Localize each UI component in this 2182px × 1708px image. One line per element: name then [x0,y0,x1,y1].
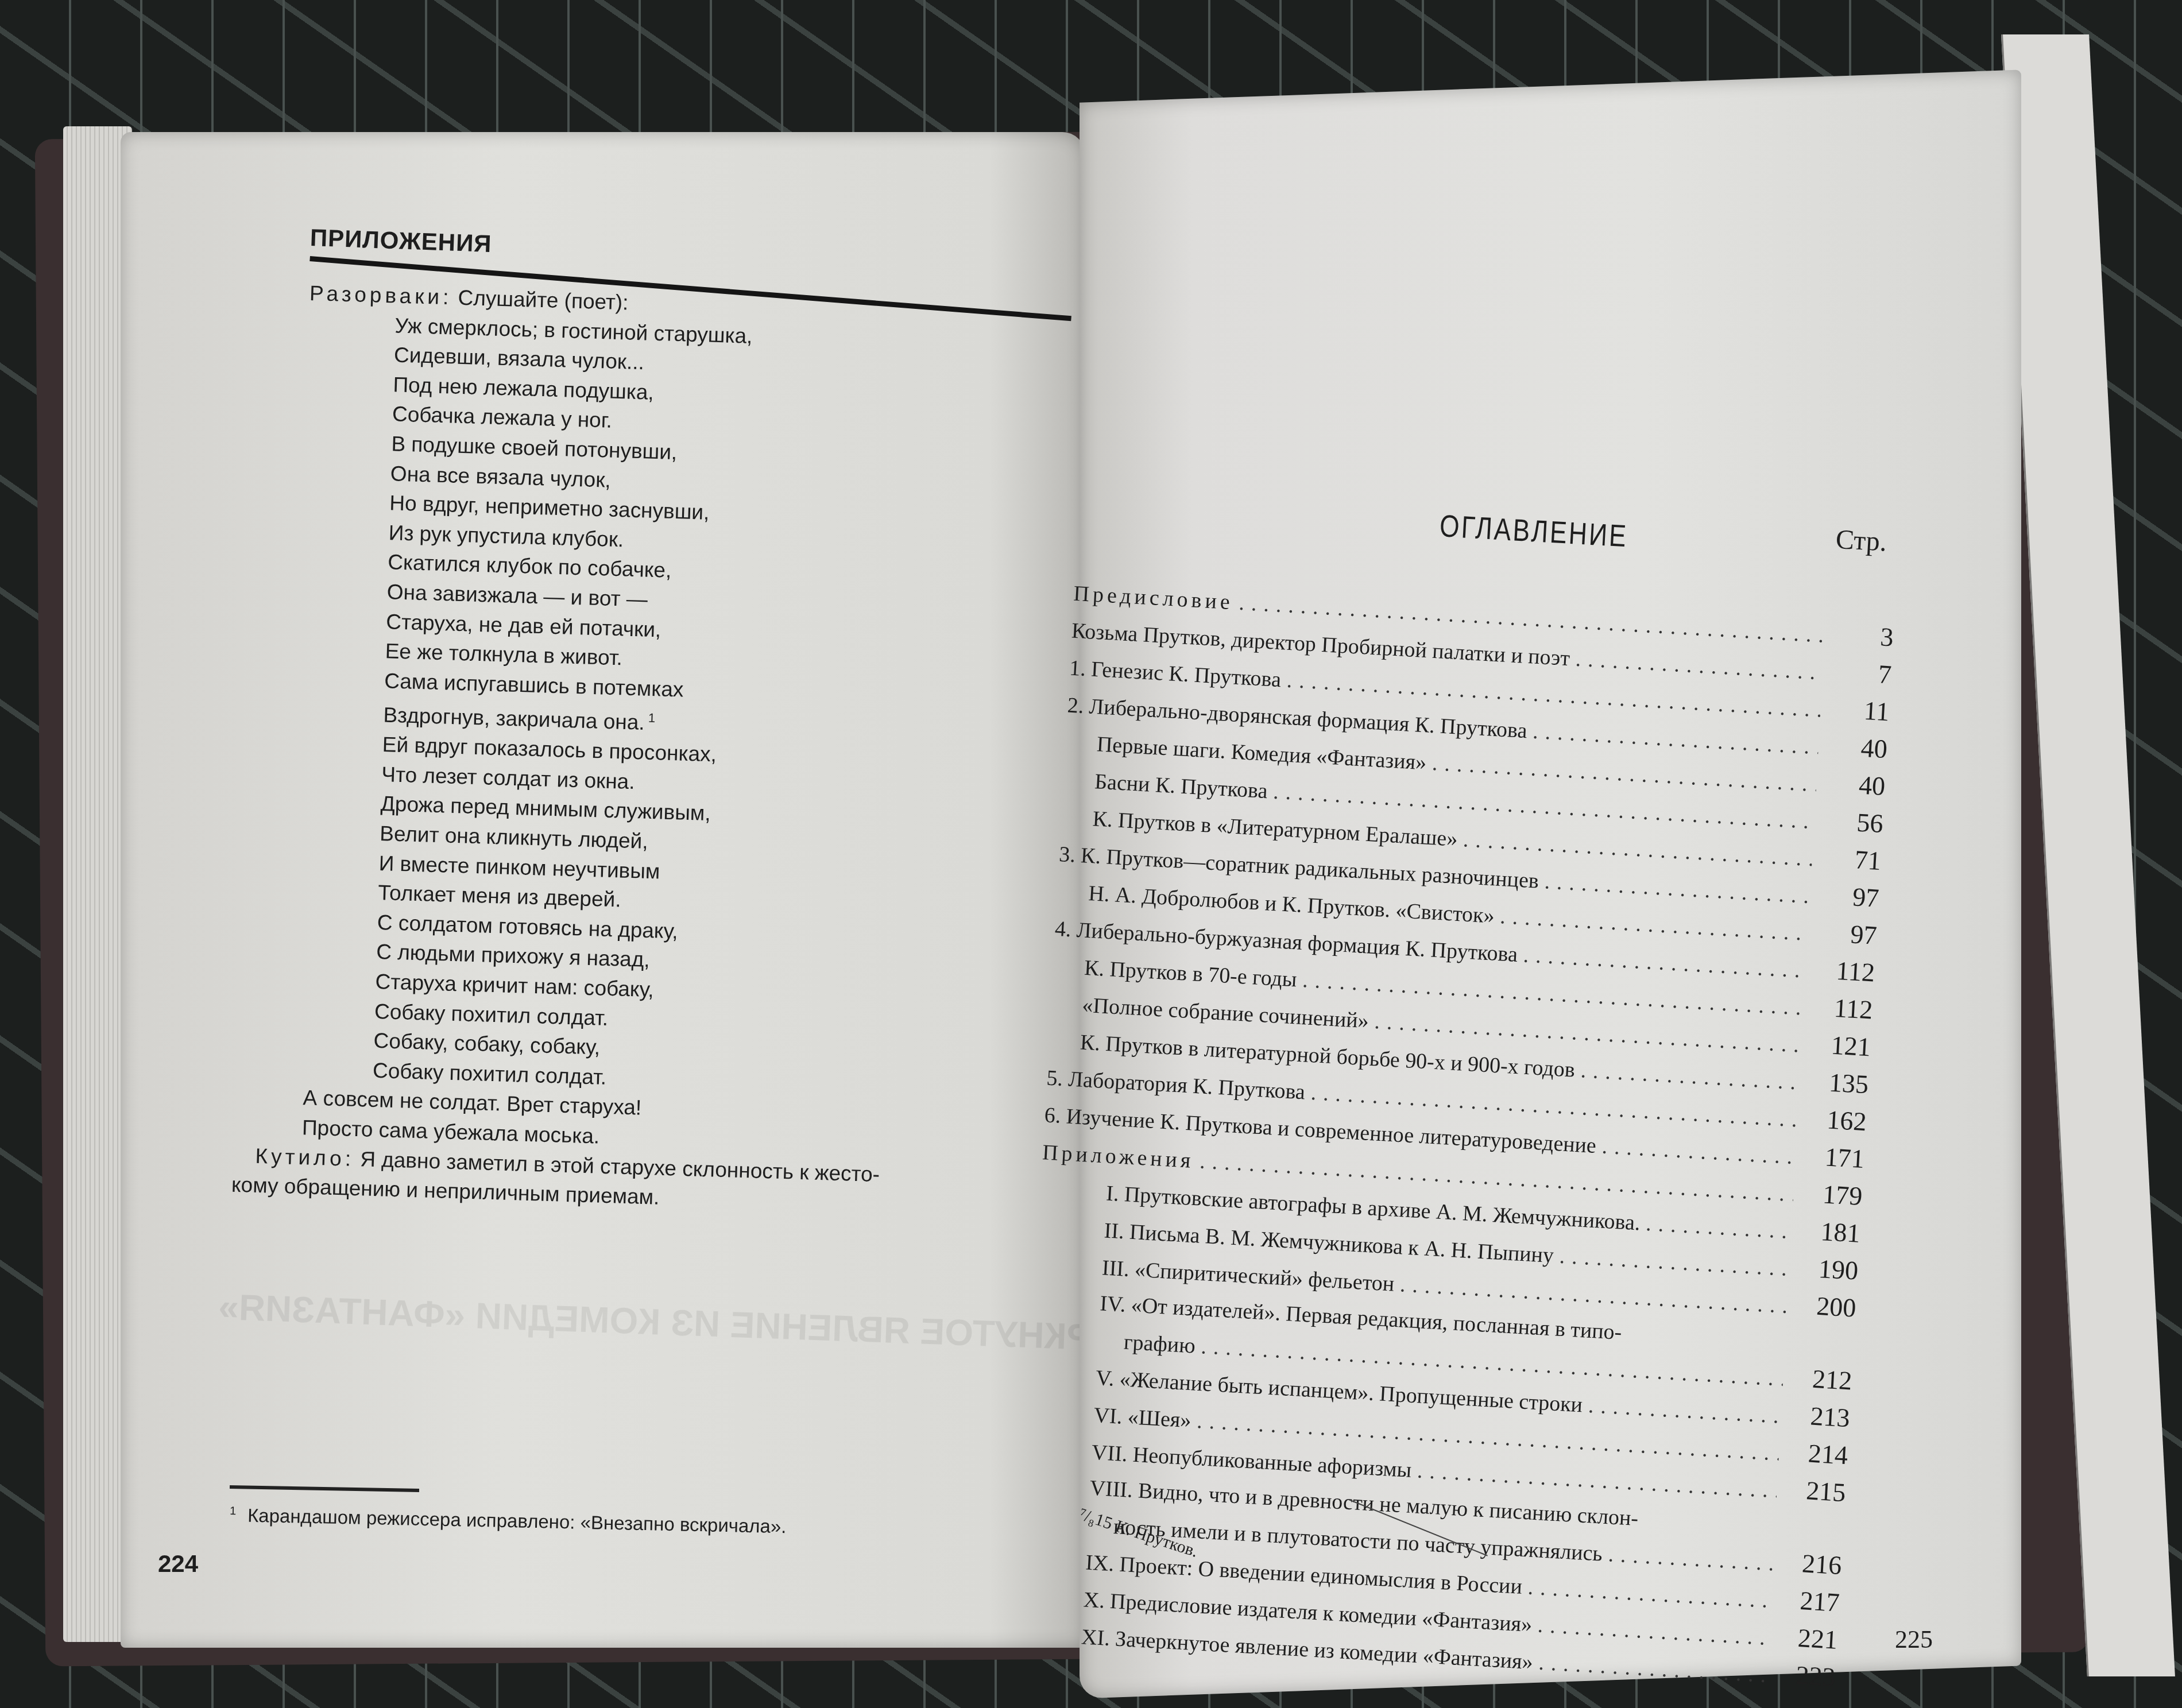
toc-pages-header: Стр. [1835,524,1888,558]
toc-entry-page: 190 [1794,1250,1859,1289]
dot-leader [1643,1526,1774,1533]
toc-entry-page: 40 [1823,728,1888,767]
toc-entry-page: 181 [1796,1213,1861,1252]
toc-entry-page: 135 [1805,1063,1870,1102]
toc-entry-page: 97 [1813,915,1878,954]
toc-entry-page: 40 [1821,765,1886,804]
verse-block: Разорваки: Слушайте (поет): Уж смерклось… [283,278,1085,1224]
speaker-name: Разорваки: [309,281,452,309]
speaker2-name: Кутило: [255,1144,355,1170]
toc-entry-page: 179 [1798,1175,1863,1214]
toc-entry-page: 3 [1829,616,1894,655]
toc-entry-page: 11 [1825,691,1890,730]
toc-entry-page: 217 [1775,1582,1840,1621]
page-number-left: 224 [158,1550,198,1578]
toc-entry-page: 112 [1809,989,1874,1028]
toc-entry-page: 162 [1802,1101,1867,1140]
toc-entry-page [1790,1349,1854,1352]
toc-entry-page: 215 [1782,1471,1847,1511]
toc-entry-page: 200 [1792,1287,1857,1326]
speaker-direction: Слушайте (поет): [458,286,629,315]
toc-entry-page: 171 [1800,1138,1865,1177]
toc-entry-page: 216 [1778,1544,1843,1583]
toc-entry-page: 71 [1817,840,1882,879]
left-page-content: ПРИЛОЖЕНИЯ Разорваки: Слушайте (поет): У… [310,224,1085,1202]
toc-entry-page: 97 [1815,877,1880,916]
toc-entry-page: 223 [1771,1656,1836,1695]
toc-entry-page: 212 [1788,1360,1853,1399]
dot-leader [1627,1340,1785,1349]
toc-entry-page: 56 [1819,803,1884,842]
page-number-right: 225 [1895,1625,1933,1654]
toc-entry-page: 121 [1806,1026,1871,1065]
toc-entry-page: 213 [1786,1397,1851,1436]
footnote-marker: 1 [230,1505,237,1517]
verse-lines: Уж смерклось; в гостиной старушка,Сидевш… [286,308,1084,1106]
toc-entry-page: 112 [1810,952,1875,991]
toc-entry-page: 214 [1783,1434,1848,1473]
footnote-ref: 1 [645,711,656,726]
toc-entry-page [1780,1533,1843,1537]
toc-entry-page: 7 [1827,653,1892,692]
toc-entry-page: 221 [1773,1619,1838,1658]
